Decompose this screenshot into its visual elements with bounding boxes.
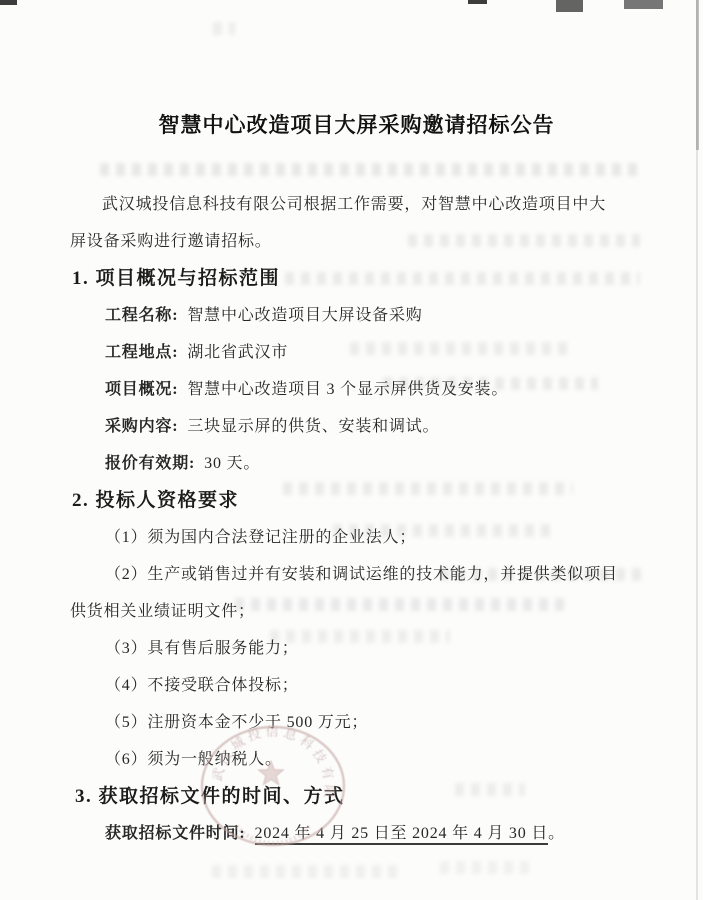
- document-body: 智慧中心改造项目大屏采购邀请招标公告 武汉城投信息科技有限公司根据工作需要，对智…: [0, 0, 703, 852]
- item-label: 工程地点:: [105, 344, 178, 361]
- item-label: 项目概况:: [105, 381, 178, 398]
- scanned-document-page: 武汉城投信息科技有限公司 智慧中心改造项目大屏采购邀请招标公告 武汉城投信息科技…: [0, 0, 703, 900]
- project-name-row: 工程名称:智慧中心改造项目大屏设备采购: [70, 297, 643, 334]
- doc-time-row: 获取招标文件时间:2024 年 4 月 25 日至 2024 年 4 月 30 …: [70, 815, 643, 852]
- scan-artifact: [0, 0, 17, 5]
- item-text: 湖北省武汉市: [187, 344, 288, 361]
- item-text: 30 天。: [204, 455, 260, 472]
- scan-bleedthrough: [212, 865, 402, 878]
- project-location-row: 工程地点:湖北省武汉市: [70, 334, 643, 371]
- seal-ring-text: 武汉城投信息科技有限公司: [197, 722, 338, 802]
- quote-validity-row: 报价有效期:30 天。: [70, 445, 643, 482]
- requirement-line: 供货相关业绩证明文件；: [70, 593, 643, 630]
- project-overview-row: 项目概况:智慧中心改造项目 3 个显示屏供货及安装。: [70, 371, 643, 408]
- requirement-line: （5）注册资本金不少于 500 万元；: [70, 704, 643, 741]
- section-1-heading: 1. 项目概况与招标范围: [70, 260, 643, 297]
- item-label: 报价有效期:: [105, 455, 195, 472]
- scan-edge-line: [696, 0, 699, 150]
- star-icon: [259, 761, 284, 785]
- company-seal-stamp: 武汉城投信息科技有限公司: [197, 722, 349, 850]
- requirement-line: （1）须为国内合法登记注册的企业法人；: [70, 519, 643, 556]
- section-3-heading: 3. 获取招标文件的时间、方式: [70, 778, 643, 815]
- page-title: 智慧中心改造项目大屏采购邀请招标公告: [70, 110, 643, 142]
- requirement-line: （4）不接受联合体投标；: [70, 667, 643, 704]
- requirement-line: （2）生产或销售过并有安装和调试运维的技术能力，并提供类似项目: [70, 556, 643, 593]
- procurement-content-row: 采购内容:三块显示屏的供货、安装和调试。: [70, 408, 643, 445]
- item-label: 采购内容:: [105, 418, 178, 435]
- item-text: 三块显示屏的供货、安装和调试。: [187, 418, 439, 435]
- scan-artifact: [624, 0, 663, 9]
- svg-text:武汉城投信息科技有限公司: 武汉城投信息科技有限公司: [197, 722, 338, 802]
- requirement-line: （6）须为一般纳税人。: [70, 741, 643, 778]
- scan-artifact: [468, 0, 487, 4]
- intro-line: 屏设备采购进行邀请招标。: [70, 223, 643, 260]
- section-2-heading: 2. 投标人资格要求: [70, 482, 643, 519]
- scan-bleedthrough: [440, 861, 535, 874]
- item-text: 智慧中心改造项目 3 个显示屏供货及安装。: [187, 381, 508, 398]
- item-label: 工程名称:: [105, 307, 178, 324]
- doc-time-suffix: 。: [548, 825, 565, 842]
- item-text: 智慧中心改造项目大屏设备采购: [187, 307, 422, 324]
- requirement-line: （3）具有售后服务能力；: [70, 630, 643, 667]
- intro-line: 武汉城投信息科技有限公司根据工作需要，对智慧中心改造项目中大: [70, 186, 643, 223]
- scan-artifact: [556, 0, 583, 12]
